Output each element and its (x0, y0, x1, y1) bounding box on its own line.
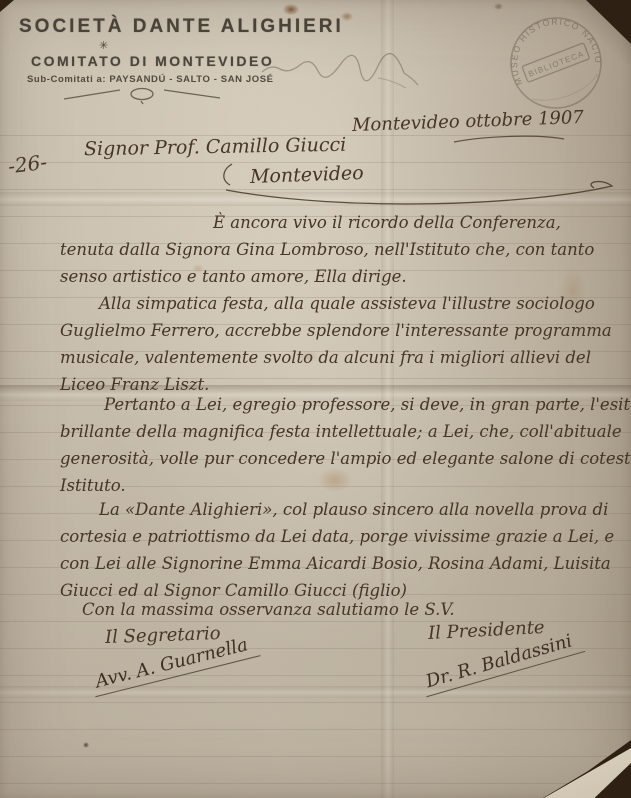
letter-photo: Società Dante Alighieri ✳ Comitato di Mo… (0, 0, 631, 798)
letter-paper: Società Dante Alighieri ✳ Comitato di Mo… (0, 0, 631, 798)
paper-vignette (0, 0, 631, 798)
